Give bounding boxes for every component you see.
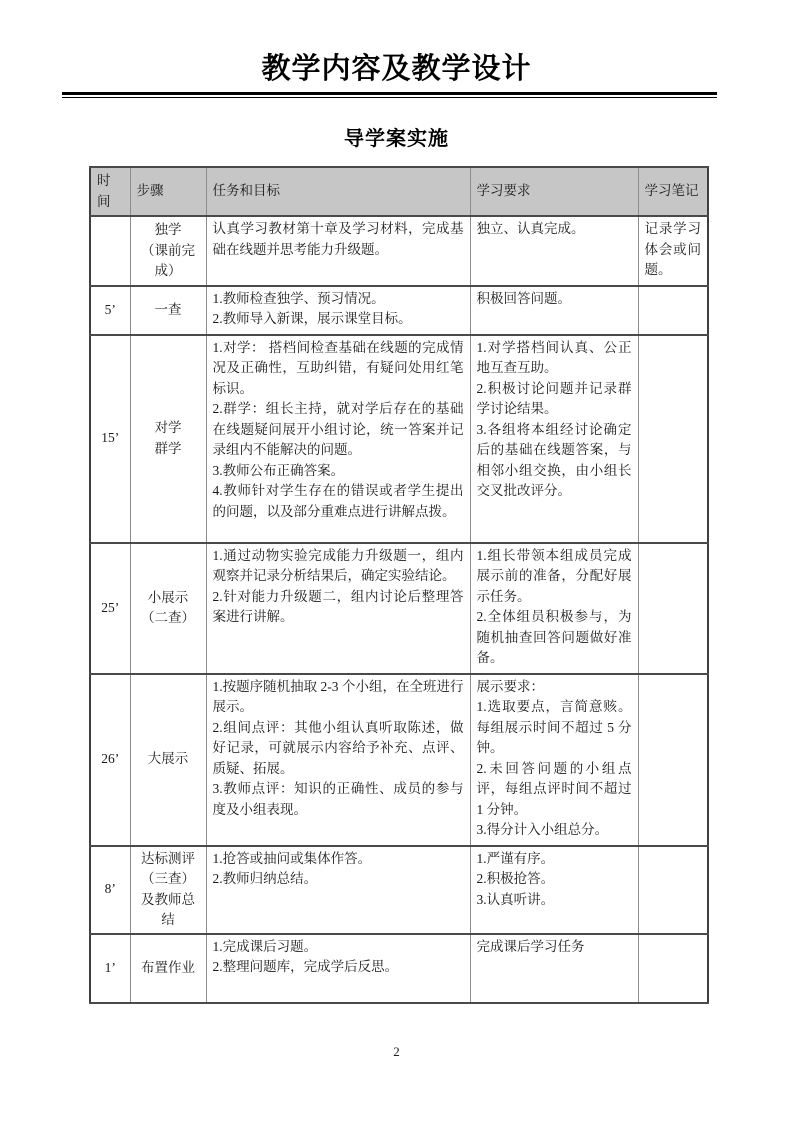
table-row: 8’ 达标测评 （三查） 及教师总结 1.抢答或抽问或集体作答。 2.教师归纳总… (90, 846, 708, 934)
document-page: 教学内容及教学设计 导学案实施 时间 步骤 任务和目标 学习要求 学习笔记 独学… (0, 0, 793, 1122)
cell-tasks: 1.通过动物实验完成能力升级题一，组内观察并记录分析结果后，确定实验结论。 2.… (206, 543, 470, 674)
cell-step: 大展示 (130, 674, 206, 846)
cell-time: 1’ (90, 934, 130, 1003)
cell-notes (638, 286, 708, 335)
table-header-row: 时间 步骤 任务和目标 学习要求 学习笔记 (90, 167, 708, 216)
cell-requirements: 积极回答问题。 (470, 286, 638, 335)
cell-step: 达标测评 （三查） 及教师总结 (130, 846, 206, 934)
table-row: 5’ 一查 1.教师检查独学、预习情况。 2.教师导入新课，展示课堂目标。 积极… (90, 286, 708, 335)
cell-notes: 记录学习体会或问题。 (638, 216, 708, 286)
cell-step: 小展示 （二查） (130, 543, 206, 674)
table-row: 15’ 对学 群学 1.对学： 搭档间检查基础在线题的完成情况及正确性，互助纠错… (90, 335, 708, 543)
cell-requirements: 独立、认真完成。 (470, 216, 638, 286)
cell-tasks: 1.教师检查独学、预习情况。 2.教师导入新课，展示课堂目标。 (206, 286, 470, 335)
cell-time: 25’ (90, 543, 130, 674)
cell-time: 26’ (90, 674, 130, 846)
cell-requirements: 完成课后学习任务 (470, 934, 638, 1003)
column-header-tasks: 任务和目标 (206, 167, 470, 216)
section-title: 导学案实施 (0, 122, 793, 151)
cell-tasks: 1.抢答或抽问或集体作答。 2.教师归纳总结。 (206, 846, 470, 934)
table-row: 1’ 布置作业 1.完成课后习题。 2.整理问题库，完成学后反思。 完成课后学习… (90, 934, 708, 1003)
cell-requirements: 展示要求： 1.选取要点，言简意赅。每组展示时间不超过 5 分钟。 2.未回答问… (470, 674, 638, 846)
column-header-notes: 学习笔记 (638, 167, 708, 216)
lesson-plan-table: 时间 步骤 任务和目标 学习要求 学习笔记 独学 （课前完成） 认真学习教材第十… (89, 166, 709, 1004)
table-row: 25’ 小展示 （二查） 1.通过动物实验完成能力升级题一，组内观察并记录分析结… (90, 543, 708, 674)
column-header-requirements: 学习要求 (470, 167, 638, 216)
cell-time: 5’ (90, 286, 130, 335)
cell-step: 对学 群学 (130, 335, 206, 543)
cell-step: 一查 (130, 286, 206, 335)
column-header-step: 步骤 (130, 167, 206, 216)
cell-notes (638, 674, 708, 846)
table-row: 独学 （课前完成） 认真学习教材第十章及学习材料，完成基础在线题并思考能力升级题… (90, 216, 708, 286)
cell-requirements: 1.组长带领本组成员完成展示前的准备，分配好展示任务。 2.全体组员积极参与，为… (470, 543, 638, 674)
cell-time (90, 216, 130, 286)
column-header-time: 时间 (90, 167, 130, 216)
cell-tasks: 认真学习教材第十章及学习材料，完成基础在线题并思考能力升级题。 (206, 216, 470, 286)
cell-tasks: 1.对学： 搭档间检查基础在线题的完成情况及正确性，互助纠错，有疑问处用红笔标识… (206, 335, 470, 543)
page-title: 教学内容及教学设计 (0, 0, 793, 88)
cell-notes (638, 335, 708, 543)
table-row: 26’ 大展示 1.按题序随机抽取 2-3 个小组，在全班进行展示。 2.组间点… (90, 674, 708, 846)
cell-time: 15’ (90, 335, 130, 543)
cell-step: 布置作业 (130, 934, 206, 1003)
cell-tasks: 1.按题序随机抽取 2-3 个小组，在全班进行展示。 2.组间点评：其他小组认真… (206, 674, 470, 846)
cell-tasks: 1.完成课后习题。 2.整理问题库，完成学后反思。 (206, 934, 470, 1003)
cell-time: 8’ (90, 846, 130, 934)
cell-requirements: 1.严谨有序。 2.积极抢答。 3.认真听讲。 (470, 846, 638, 934)
cell-notes (638, 846, 708, 934)
cell-requirements: 1.对学搭档间认真、公正地互查互助。 2.积极讨论问题并记录群学讨论结果。 3.… (470, 335, 638, 543)
page-number: 2 (0, 1044, 793, 1060)
cell-step: 独学 （课前完成） (130, 216, 206, 286)
cell-notes (638, 543, 708, 674)
title-double-underline (62, 92, 717, 98)
cell-notes (638, 934, 708, 1003)
